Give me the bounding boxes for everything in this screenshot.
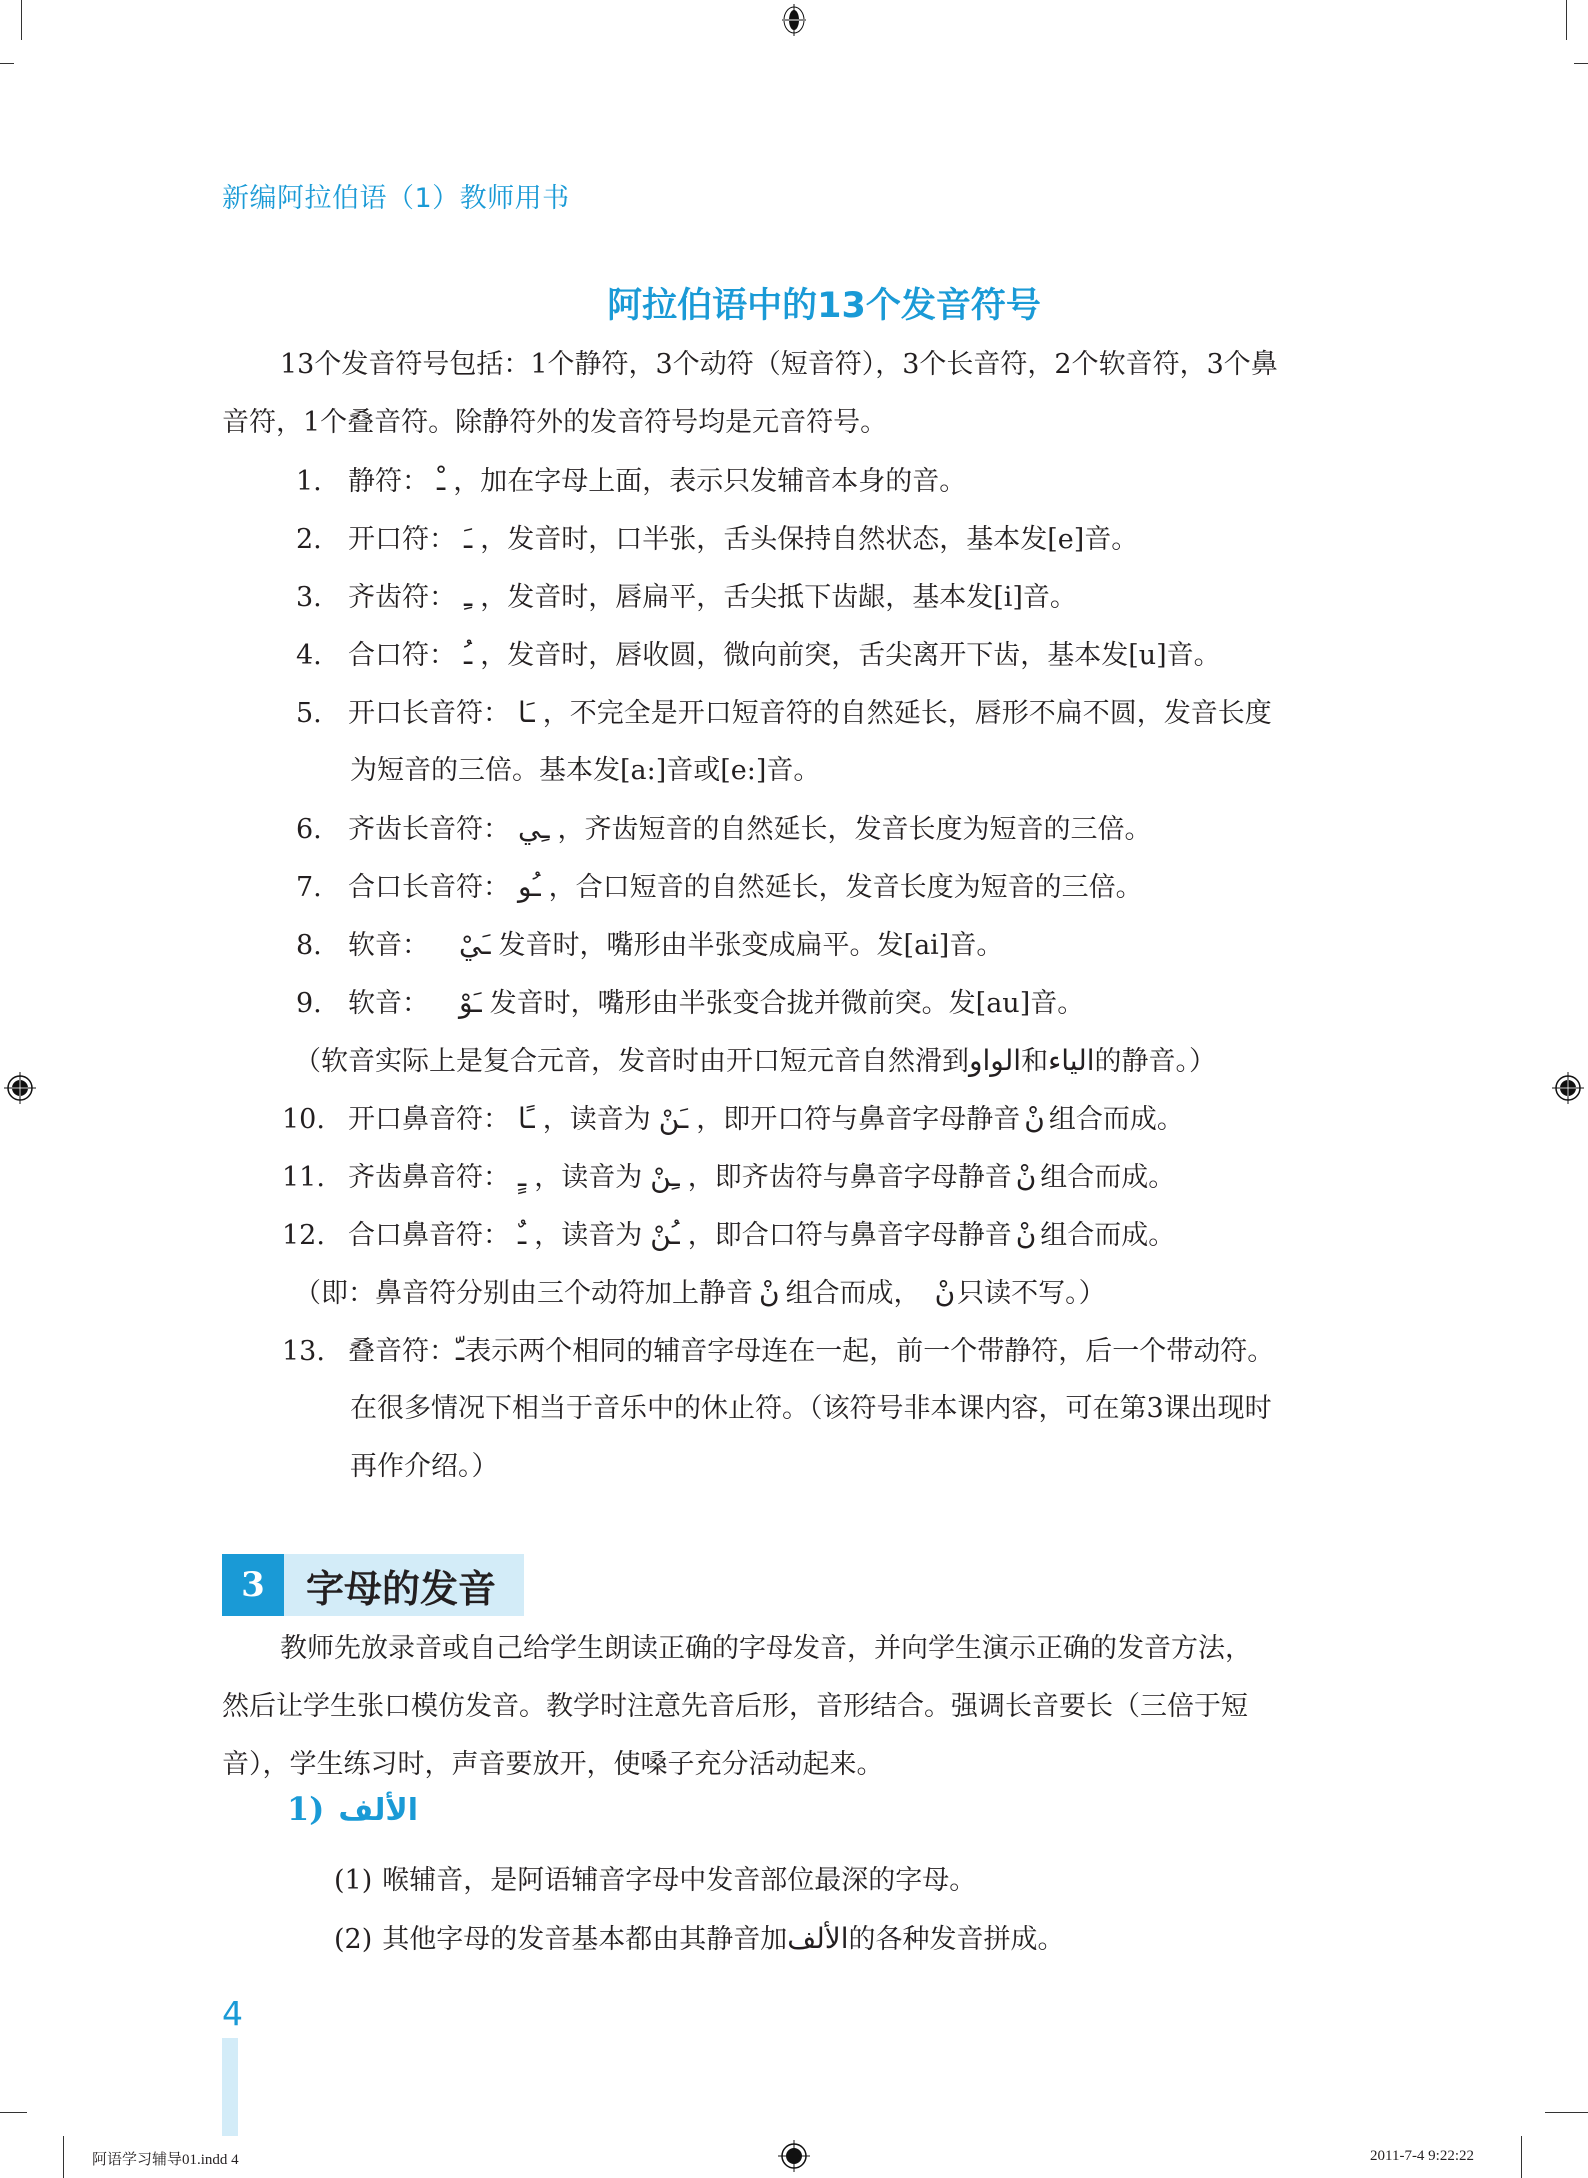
crop-mark: [1566, 0, 1567, 40]
crop-mark: [1545, 2112, 1588, 2113]
list-item: 12.合口鼻音符：ـٌ，读音为ـُنْ，即合口符与鼻音字母静音نْ组合而成。: [282, 1206, 1175, 1265]
crop-mark: [0, 2112, 27, 2113]
intro-line-2: 音符，1个叠音符。除静符外的发音符号均是元音符号。: [222, 394, 887, 452]
list-item: 11.齐齿鼻音符：ـٍ，读音为ـِنْ，即齐齿符与鼻音字母静音نْ组合而成。: [282, 1148, 1175, 1207]
running-head: 新编阿拉伯语（1）教师用书: [222, 176, 570, 215]
registration-mark-icon: [778, 2140, 810, 2172]
list-item: 2.开口符：ـَ，发音时，口半张，舌头保持自然状态，基本发[e]音。: [296, 510, 1138, 569]
arabic-symbol: ـَا: [510, 696, 543, 729]
body-line-1: 教师先放录音或自己给学生朗读正确的字母发音，并向学生演示正确的发音方法，: [222, 1620, 1252, 1678]
registration-mark-icon: [4, 1072, 36, 1104]
arabic-symbol: ـَوْ: [429, 986, 490, 1019]
subsection-heading: 1)الألف: [287, 1790, 426, 1828]
arabic-symbol: ـِ: [456, 580, 480, 613]
list-item: 9.软音：ـَوْ发音时，嘴形由半张变合拢并微前突。发[au]音。: [296, 974, 1084, 1033]
list-item: 1.静符：ـْ，加在字母上面，表示只发辅音本身的音。: [296, 452, 966, 511]
arabic-symbol: ـَ: [456, 522, 480, 555]
list-item: 8.软音：ـَيْ发音时，嘴形由半张变成扁平。发[ai]音。: [296, 916, 1003, 975]
subsection-point: (1)喉辅音，是阿语辅音字母中发音部位最深的字母。: [334, 1852, 976, 1910]
section-heading-title: 字母的发音: [284, 1554, 524, 1616]
arabic-symbol: ـُ: [456, 638, 480, 671]
slug-file: 阿语学习辅导01.indd 4: [92, 2148, 239, 2169]
arabic-symbol: ـَيْ: [429, 928, 499, 961]
arabic-symbol: ـًا: [510, 1102, 543, 1135]
list-item-continuation: 再作介绍。）: [350, 1438, 499, 1496]
page-number-bar: [222, 2038, 238, 2136]
crop-mark: [0, 63, 14, 64]
list-item: 3.齐齿符：ـِ，发音时，唇扁平，舌尖抵下齿龈，基本发[i]音。: [296, 568, 1077, 627]
arabic-symbol: ـٌ: [510, 1218, 534, 1251]
arabic-symbol: ـْ: [429, 464, 453, 497]
arabic-letter-name: الألف: [324, 1793, 426, 1828]
page-number: 4: [222, 1994, 243, 2033]
body-line-2: 然后让学生张口模仿发音。教学时注意先音后形，音形结合。强调长音要长（三倍于短: [222, 1678, 1248, 1736]
list-item: 10.开口鼻音符：ـًا，读音为ـَنْ，即开口符与鼻音字母静音نْ组合而成。: [282, 1090, 1184, 1149]
arabic-symbol: ـُو: [510, 870, 549, 903]
list-item-continuation: 在很多情况下相当于音乐中的休止符。（该符号非本课内容，可在第3课出现时: [350, 1380, 1272, 1438]
list-item: 5.开口长音符：ـَا，不完全是开口短音符的自然延长，唇形不扁不圆，发音长度: [296, 684, 1272, 743]
list-item: 7.合口长音符：ـُو，合口短音的自然延长，发音长度为短音的三倍。: [296, 858, 1143, 917]
list-item: 13.叠音符：ـّ表示两个相同的辅音字母连在一起，前一个带静符，后一个带动符。: [282, 1322, 1274, 1381]
section-heading: 3 字母的发音: [222, 1554, 524, 1616]
crop-mark: [63, 2136, 64, 2178]
registration-mark-icon: [778, 4, 810, 36]
crop-mark: [1574, 63, 1588, 64]
subsection-point: (2)其他字母的发音基本都由其静音加الألف的各种发音拼成。: [334, 1910, 1065, 1969]
section-number: 3: [222, 1554, 284, 1616]
list-item: 6.齐齿长音符：ـِي，齐齿短音的自然延长，发音长度为短音的三倍。: [296, 800, 1152, 859]
body-line-3: 音），学生练习时，声音要放开，使嗓子充分活动起来。: [222, 1736, 884, 1794]
arabic-symbol: ـّ: [456, 1334, 464, 1367]
arabic-symbol: ـِي: [510, 812, 558, 845]
section-title: 阿拉伯语中的13个发音符号: [0, 278, 1588, 328]
registration-mark-icon: [1552, 1072, 1584, 1104]
intro-line-1: 13个发音符号包括：1个静符，3个动符（短音符），3个长音符，2个软音符，3个鼻: [222, 336, 1372, 394]
list-item-continuation: 为短音的三倍。基本发[a:]音或[e:]音。: [350, 742, 820, 800]
list-item: 4.合口符：ـُ，发音时，唇收圆，微向前突，舌尖离开下齿，基本发[u]音。: [296, 626, 1221, 685]
arabic-symbol: ـٍ: [510, 1160, 534, 1193]
slug-timestamp: 2011-7-4 9:22:22: [1370, 2148, 1474, 2165]
note-nasal-sounds: （即：鼻音符分别由三个动符加上静音نْ组合而成，نْ只读不写。）: [294, 1264, 1106, 1323]
crop-mark: [21, 0, 22, 40]
crop-mark: [1521, 2136, 1522, 2178]
note-soft-sounds: （软音实际上是复合元音，发音时由开口短元音自然滑到الواو和الياء的静音。…: [294, 1032, 1216, 1091]
